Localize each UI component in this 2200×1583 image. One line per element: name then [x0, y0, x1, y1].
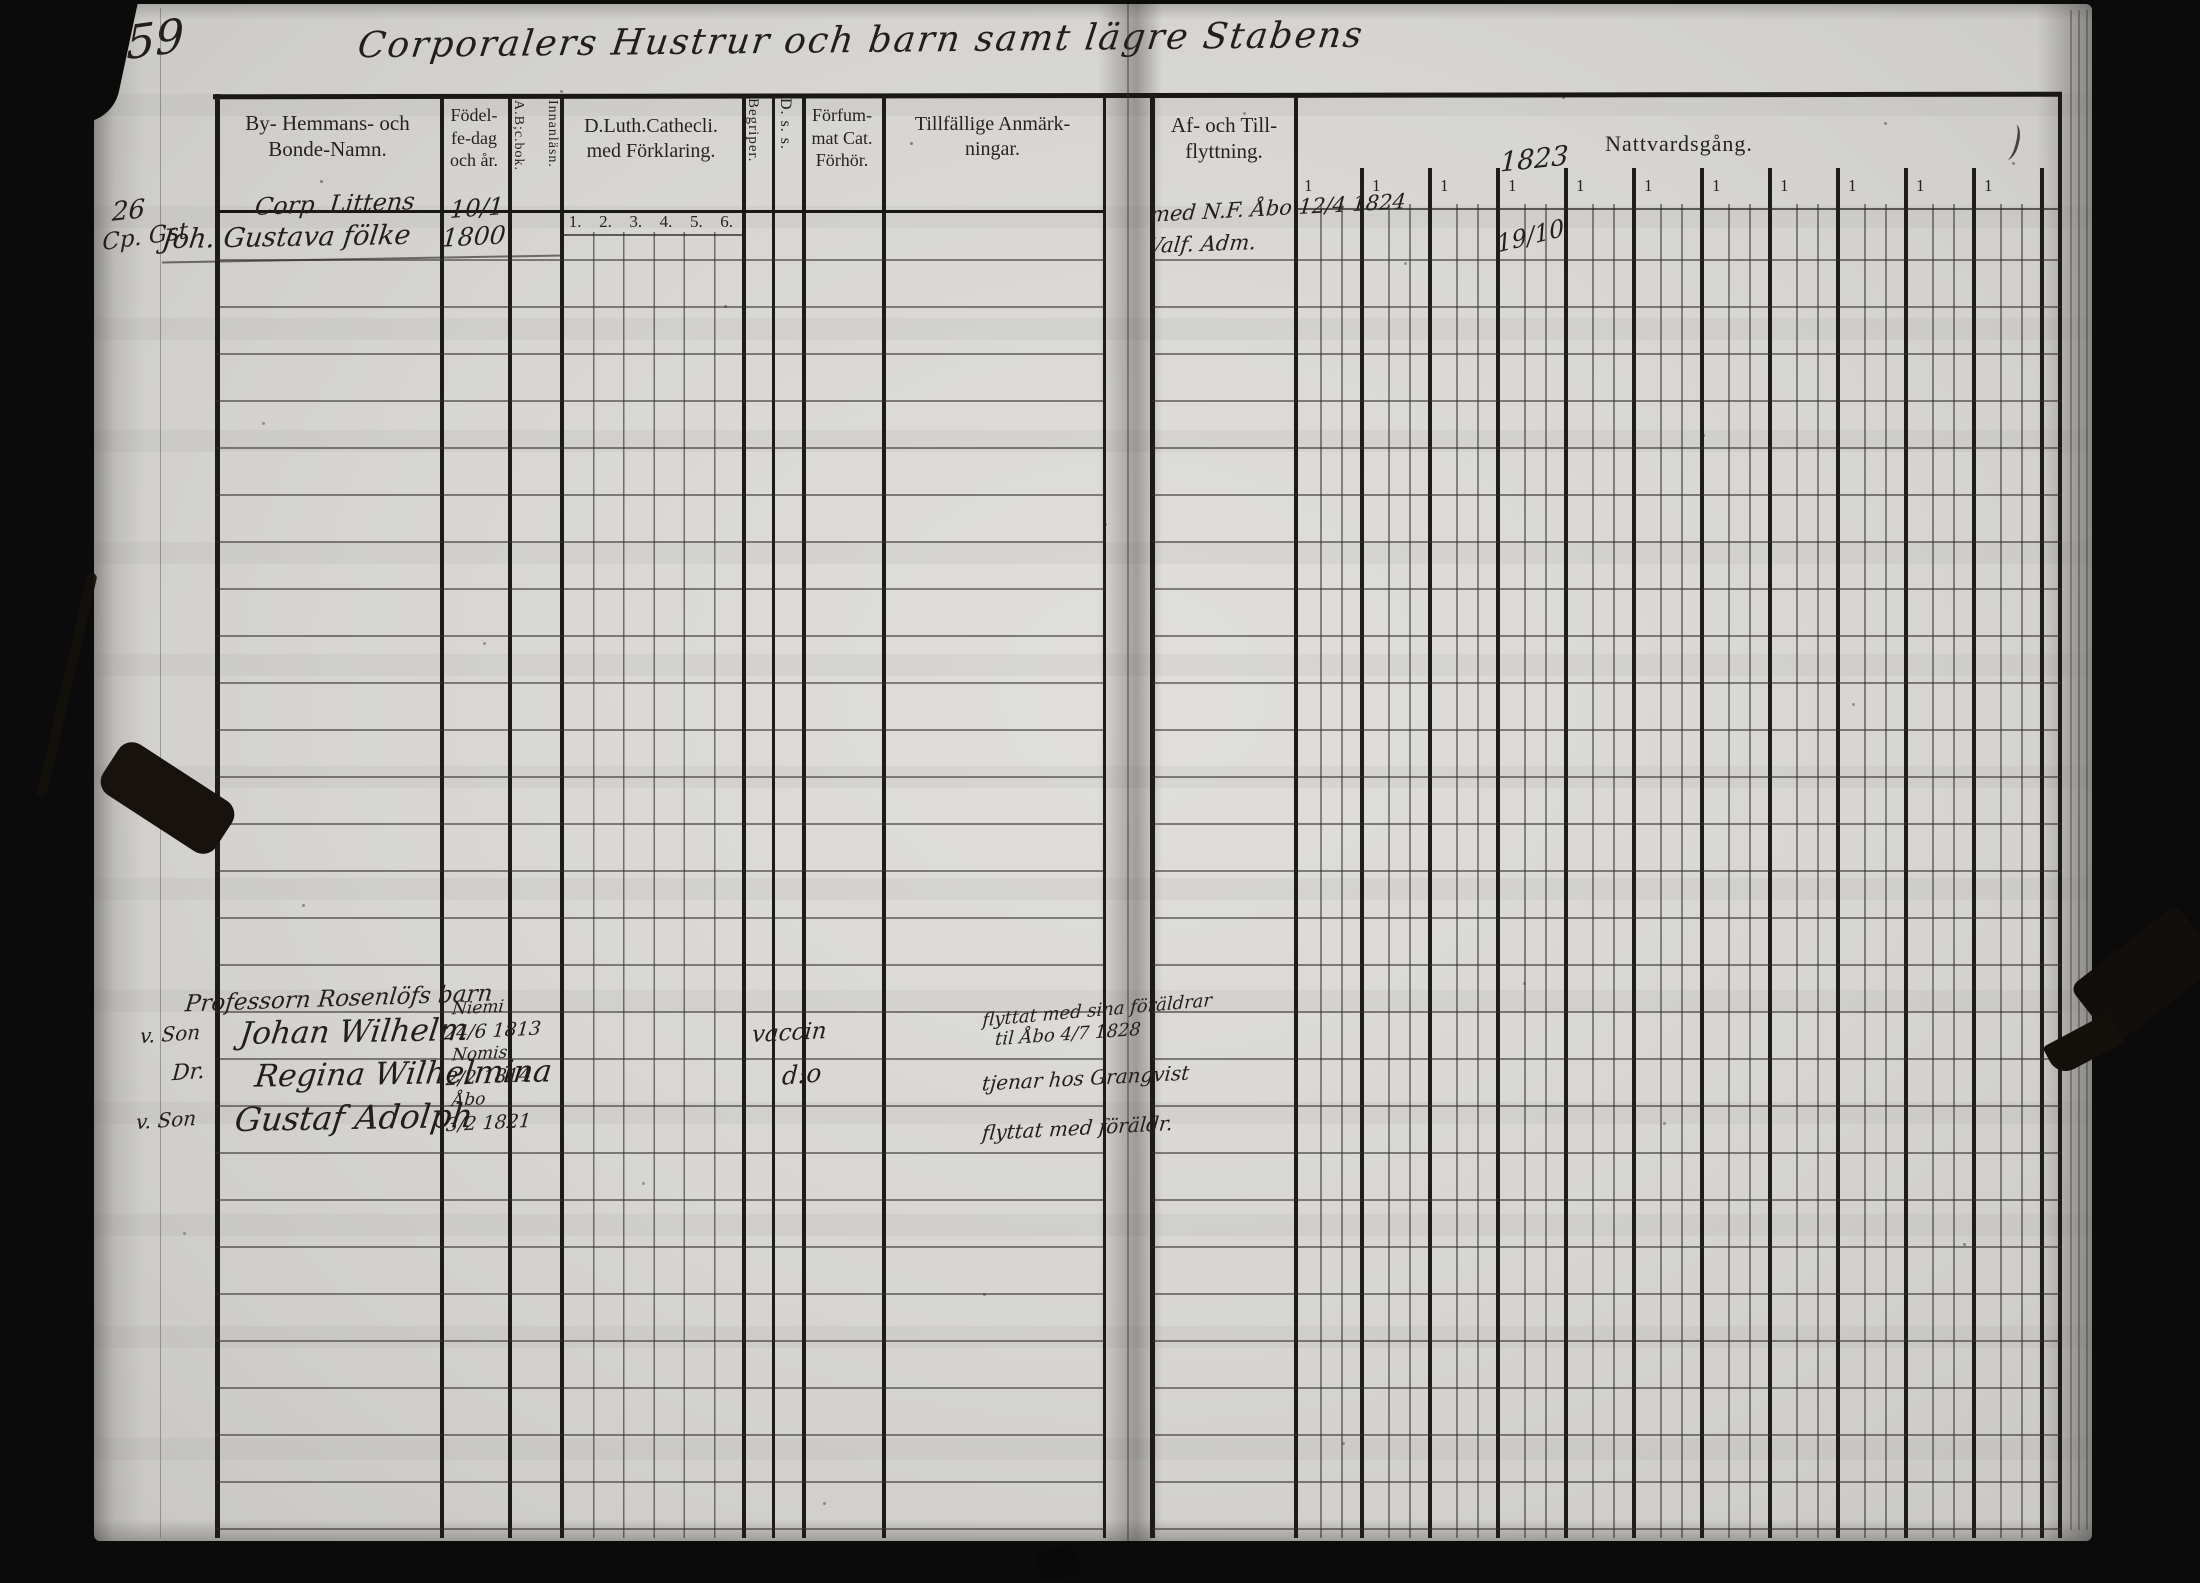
col-header-birth-line3: och år. — [440, 149, 508, 172]
scan-edge-right — [2092, 0, 2200, 1583]
tick-mark: 1 — [1774, 176, 1842, 202]
entry-row1-moving-line2: Valf. Adm. — [1147, 230, 1258, 258]
entry-child2-birth-date: 2/2 1814 — [445, 1064, 532, 1091]
col-header-remarks: Tillfällige Anmärk- ningar. — [882, 112, 1103, 162]
entry-row1-name: Joh. Gustava fölke — [160, 220, 412, 255]
entry-exam-note1: vaccin — [751, 1018, 828, 1048]
entry-child3-name: Gustaf Adolph — [233, 1096, 476, 1139]
col-header-moving: Af- och Till- flyttning. — [1154, 112, 1294, 165]
page-stack-edges — [2064, 10, 2090, 1530]
col-header-moving-line2: flyttning. — [1154, 138, 1294, 164]
entry-child3-birth-date: 3/2 1821 — [445, 1110, 532, 1137]
col-header-moving-line1: Af- och Till- — [1154, 112, 1294, 138]
scanned-parish-register: { "scan": { "folio_number": "59", "page_… — [0, 0, 2200, 1583]
tick-mark: 1 — [1502, 176, 1570, 202]
col-header-communion: Nattvardsgång. — [1296, 130, 2062, 158]
communion-tick-row: 1 1 1 1 1 1 1 1 1 1 1 — [1298, 176, 2062, 202]
entry-child3-margin: v. Son — [135, 1106, 197, 1134]
col-header-begriper: Begriper. — [744, 98, 761, 162]
col-header-name-line1: By- Hemmans- och — [215, 110, 440, 136]
folio-number: 59 — [126, 8, 184, 71]
left-page-row-rules — [215, 214, 1105, 1538]
scan-edge-top — [0, 0, 2200, 4]
col-header-name-line2: Bonde-Namn. — [215, 136, 440, 162]
entry-margin-number: 26 — [112, 194, 146, 228]
tick-mark: 1 — [1910, 176, 1978, 202]
tick-mark: 1 — [1434, 176, 1502, 202]
right-page-row-rules — [1152, 214, 2062, 1538]
col-header-catechism-line2: med Förklaring. — [560, 139, 742, 164]
entry-child1-name: Johan Wilhelm — [238, 1012, 471, 1052]
col-header-remarks-line1: Tillfällige Anmärk- — [882, 112, 1103, 137]
entry-child1-margin: v. Son — [139, 1020, 201, 1048]
entry-row1-birth-year: 1800 — [441, 220, 507, 253]
tick-row-rule — [1296, 208, 2062, 210]
col-header-remarks-line2: ningar. — [882, 137, 1103, 162]
col-header-missed-line3: Förhör. — [802, 149, 882, 172]
gutter-fold-line — [1127, 4, 1129, 1541]
col-header-missed-exam: Förfum- mat Cat. Förhör. — [802, 104, 882, 172]
col-header-birth: Födel- fe-dag och år. — [440, 104, 508, 172]
tick-mark: 1 — [1978, 176, 2046, 202]
col-header-catechism-line1: D.Luth.Cathecli. — [560, 114, 742, 139]
tick-mark: 1 — [1638, 176, 1706, 202]
entry-row1-birth-date: 10/1 — [449, 192, 505, 224]
entry-child1-birth-place: Niemi — [451, 997, 505, 1020]
scan-edge-bottom — [0, 1541, 2200, 1583]
col-header-abc-line2: Innanläsn. — [544, 100, 560, 220]
tick-mark: 1 — [1842, 176, 1910, 202]
col-header-missed-line1: Förfum- — [802, 104, 882, 127]
col-header-name: By- Hemmans- och Bonde-Namn. — [215, 110, 440, 163]
entry-row1-title: Corp. Littens — [254, 187, 417, 221]
col-header-birth-line1: Födel- — [440, 104, 508, 127]
tick-mark: 1 — [1706, 176, 1774, 202]
col-header-catechism: D.Luth.Cathecli. med Förklaring. — [560, 114, 742, 164]
col-header-missed-line2: mat Cat. — [802, 127, 882, 150]
entry-exam-note2: d:o — [781, 1058, 822, 1091]
tick-mark: 1 — [1570, 176, 1638, 202]
col-header-abc-book: A.B;c.bok. Innanläsn. — [510, 100, 560, 220]
entry-child3-birth-place: Åbo — [451, 1089, 486, 1111]
col-header-abc-line1: A.B;c.bok. — [510, 100, 526, 220]
entry-child2-birth-place: Nomis — [451, 1042, 508, 1065]
entry-child2-margin: Dr. — [171, 1059, 205, 1086]
col-header-dss: D. s. s. — [776, 98, 794, 150]
col-header-birth-line2: fe-dag — [440, 127, 508, 150]
